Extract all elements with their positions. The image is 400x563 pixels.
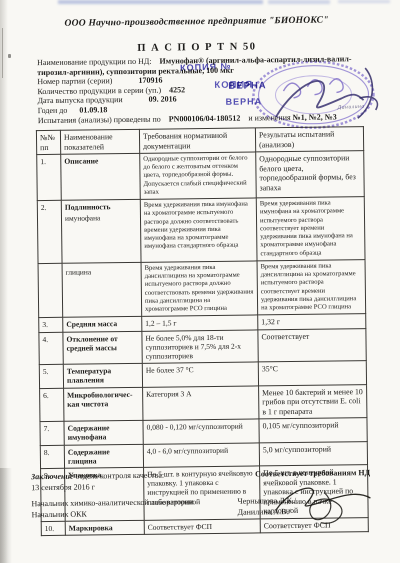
cell-indicator-name: Содержание имунофана bbox=[64, 420, 143, 444]
quantity-value: 4252 bbox=[169, 85, 185, 94]
cell-indicator-name: Подлинностьимунофана bbox=[61, 200, 141, 264]
scan-artifact-top bbox=[58, 0, 263, 4]
cell-indicator-name: Отклонение от средней массы bbox=[63, 331, 142, 364]
cell-indicator-name: глицина bbox=[62, 262, 142, 317]
conclusion-label-rest: отдела контроля качества: bbox=[75, 471, 164, 481]
batch-label: Номер партии (серии) bbox=[37, 76, 112, 86]
conclusion-label-bold: Заключение bbox=[31, 472, 73, 482]
cell-result: Однородные суппозитории белого цвета, то… bbox=[256, 151, 365, 198]
tests-doc-number: PN000106/04-180512 bbox=[169, 113, 241, 123]
expiry-value: 01.09.18 bbox=[79, 105, 107, 114]
cell-row-number: 2. bbox=[37, 200, 62, 263]
signature-paraph bbox=[357, 68, 377, 118]
table-row: 2.ПодлинностьимунофанаВремя удерживания … bbox=[37, 197, 365, 264]
cell-requirement: 0,080 - 0,120 мг/суппозиторий bbox=[143, 419, 259, 444]
release-value: 09. 2016 bbox=[149, 95, 177, 104]
copy-number-stamp: КОПИЯ № bbox=[180, 61, 232, 73]
conclusion-result: Соответствует требованиям НД bbox=[255, 468, 376, 478]
cell-result: 0,105 мг/суппозиторий bbox=[259, 418, 367, 443]
cell-requirement: Соответствует ФСП bbox=[144, 519, 260, 535]
cell-requirement: 1,2 – 1,5 г bbox=[142, 315, 258, 331]
header-requirements: Требования нормативной документации bbox=[139, 128, 255, 153]
cell-row-number: 4. bbox=[39, 332, 63, 365]
cell-row-number bbox=[38, 263, 63, 318]
cell-result: Время удерживания пика дансилглицина на … bbox=[257, 259, 366, 315]
cell-requirement: Время удерживания пика дансилглицина на … bbox=[141, 261, 258, 317]
table-row: 4.Отклонение от средней массыНе более 5,… bbox=[39, 328, 366, 364]
batch-value: 170916 bbox=[138, 76, 162, 85]
scan-artifact-speck bbox=[8, 54, 11, 58]
cell-row-number: 5. bbox=[39, 364, 63, 388]
scan-artifact-top bbox=[268, 0, 330, 4]
cell-row-number: 3. bbox=[39, 318, 63, 333]
scan-artifact-bottom-left bbox=[0, 468, 12, 563]
cell-indicator-name: Содержание глицина bbox=[64, 444, 143, 468]
cell-indicator-name: Описание bbox=[61, 153, 141, 200]
page-title: П А С П О Р Т N 50 bbox=[0, 40, 397, 56]
cell-requirement: 4,0 - 6,0 мг/суппозиторий bbox=[143, 443, 259, 468]
round-seal-and-signature bbox=[245, 54, 394, 136]
cell-requirement: Категория 3 А bbox=[143, 386, 259, 421]
table-row: 1.ОписаниеОднородные суппозитории от бел… bbox=[37, 151, 365, 201]
expiry-label: Годен до bbox=[38, 106, 68, 115]
cell-indicator-name: Температура плавления bbox=[63, 363, 142, 387]
header-num: №№ пп bbox=[36, 130, 60, 154]
cell-indicator-name: Маркировка bbox=[65, 520, 144, 535]
footer-signatures bbox=[268, 482, 379, 531]
table-row: глицинаВремя удерживания пика дансилглиц… bbox=[38, 259, 366, 317]
scan-artifact-top bbox=[338, 0, 390, 3]
cell-row-number: 6. bbox=[40, 388, 64, 422]
cell-requirement: Не более 5,0% для 18-ти суппозиториев и … bbox=[142, 330, 258, 364]
cell-result: Менее 10 бактерий и менее 10 грибов при … bbox=[259, 384, 367, 419]
conclusion-label: Заключение отдела контроля качества: bbox=[31, 471, 164, 482]
cell-result: 1,32 г bbox=[258, 314, 366, 330]
cell-result: 5,0 мг/суппозиторий bbox=[259, 441, 367, 466]
signature-1 bbox=[276, 487, 370, 509]
cell-row-number: 7. bbox=[40, 421, 64, 445]
cell-row-number: 1. bbox=[37, 154, 62, 200]
cell-result: Соответствует bbox=[258, 328, 366, 362]
header-name: Наименование показателей bbox=[60, 129, 139, 154]
cell-row-number: 8. bbox=[40, 445, 64, 469]
cell-requirement: Не более 37 °С bbox=[142, 362, 258, 387]
tests-label: Испытания (анализы) проведены по bbox=[38, 114, 161, 125]
cell-result: 35°С bbox=[258, 361, 366, 386]
table-row: 6.Микробиологичес-кая чистотаКатегория 3… bbox=[40, 384, 367, 421]
cell-indicator-name: Средняя масса bbox=[63, 317, 142, 332]
cell-result: Время удерживания пика имунофана на хром… bbox=[256, 197, 365, 261]
release-label: Дата выпуска продукции bbox=[38, 95, 123, 105]
cell-row-number: 10. bbox=[41, 521, 65, 536]
scan-artifact-line bbox=[2, 28, 3, 78]
cell-requirement: Однородные суппозитории от белого до бел… bbox=[140, 152, 257, 200]
cell-requirement: Время удерживания пика имунофана на хром… bbox=[140, 198, 257, 262]
company-name: ООО Научно-производственное предприятие … bbox=[0, 14, 397, 30]
scanned-passport-document: ООО Научно-производственное предприятие … bbox=[0, 0, 400, 563]
cell-indicator-name: Микробиологичес-кая чистота bbox=[64, 387, 143, 421]
